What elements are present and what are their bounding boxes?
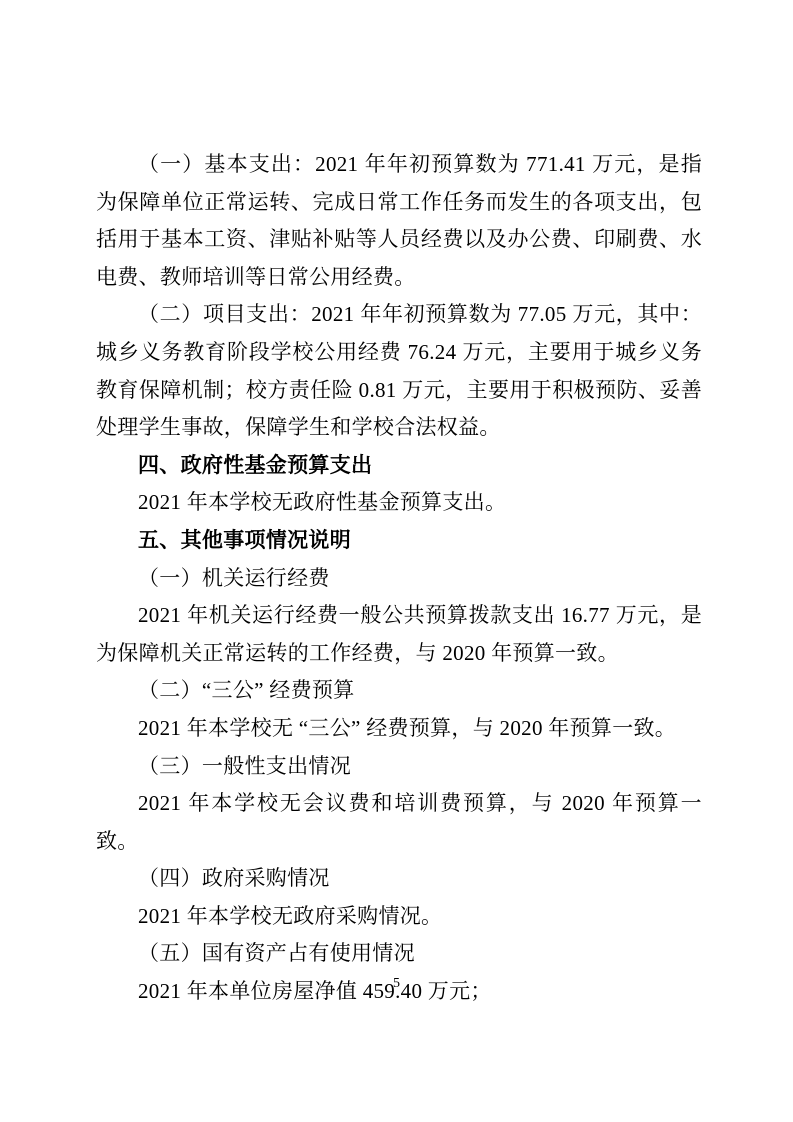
paragraph-agency-operating-cost: 2021 年机关运行经费一般公共预算拨款支出 16.77 万元，是为保障机关正常… <box>96 597 702 672</box>
page-number: 5 <box>0 974 793 994</box>
section-heading-other-matters: 五、其他事项情况说明 <box>96 522 702 560</box>
paragraph-gov-procurement: 2021 年本学校无政府采购情况。 <box>96 898 702 936</box>
document-page: （一）基本支出：2021 年年初预算数为 771.41 万元，是指为保障单位正常… <box>0 0 793 1122</box>
paragraph-project-expenditure: （二）项目支出：2021 年年初预算数为 77.05 万元，其中：城乡义务教育阶… <box>96 296 702 446</box>
document-body: （一）基本支出：2021 年年初预算数为 771.41 万元，是指为保障单位正常… <box>96 146 702 1011</box>
subheading-general-expenditure: （三）一般性支出情况 <box>96 748 702 786</box>
subheading-gov-procurement: （四）政府采购情况 <box>96 860 702 898</box>
subheading-agency-operating-cost: （一）机关运行经费 <box>96 560 702 598</box>
paragraph-basic-expenditure: （一）基本支出：2021 年年初预算数为 771.41 万元，是指为保障单位正常… <box>96 146 702 296</box>
paragraph-general-expenditure: 2021 年本学校无会议费和培训费预算，与 2020 年预算一致。 <box>96 785 702 860</box>
subheading-state-assets: （五）国有资产占有使用情况 <box>96 935 702 973</box>
subheading-three-public-budget: （二）“三公” 经费预算 <box>96 672 702 710</box>
section-heading-gov-fund-budget: 四、政府性基金预算支出 <box>96 447 702 485</box>
paragraph-no-gov-fund-budget: 2021 年本学校无政府性基金预算支出。 <box>96 484 702 522</box>
paragraph-three-public-budget: 2021 年本学校无 “三公” 经费预算，与 2020 年预算一致。 <box>96 710 702 748</box>
